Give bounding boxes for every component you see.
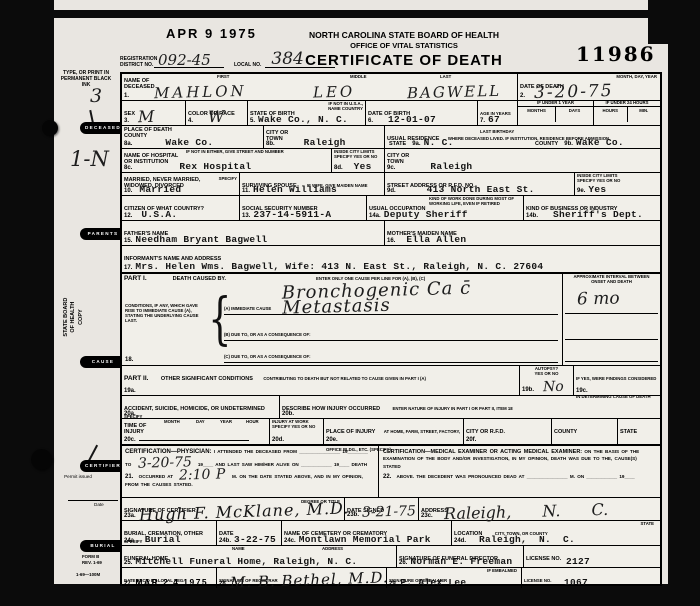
field-embalmer-license: LICENSE NO. 1067 bbox=[522, 568, 660, 588]
name-first-value: MAHLON bbox=[154, 85, 247, 100]
hospital-value: Rex Hospital bbox=[179, 162, 251, 172]
date-signed-value: 3-21-75 bbox=[362, 506, 416, 519]
field-burial-date: DATE 24b. 3-22-75 bbox=[217, 521, 282, 545]
row-vitals: SEX 3. M COLOR OR RACE 4. W STATE OF BIR… bbox=[122, 101, 660, 126]
district-no-value: 092-45 bbox=[154, 54, 224, 69]
age-value: 67 bbox=[488, 115, 500, 125]
residence-state-value: N. C. bbox=[424, 138, 454, 148]
race-value: W bbox=[208, 110, 225, 124]
row-certification: CERTIFICATION—PHYSICIAN: I ATTENDED THE … bbox=[122, 446, 660, 498]
cause-line-c: (c) DUE TO, OR AS A CONSEQUENCE OF: bbox=[224, 340, 558, 363]
funeral-home-value: Mitchell Funeral Home, Raleigh, N. C. bbox=[135, 557, 357, 567]
occurred-time-value: 2:10 P bbox=[179, 469, 226, 482]
cause-line-a: (a) IMMEDIATE CAUSE Bronchogenic Ca c̄ M… bbox=[224, 288, 558, 315]
received-date-stamp: APR 9 1975 bbox=[166, 26, 257, 41]
field-place-of-injury: PLACE OF INJURY AT HOME, FARM, STREET, F… bbox=[324, 419, 464, 444]
row-citizen: CITIZEN OF WHAT COUNTRY? 12. U.S.A. SOCI… bbox=[122, 196, 660, 221]
row-marital: MARRIED, NEVER MARRIED, WIDOWED, DIVORCE… bbox=[122, 173, 660, 196]
pen-mark-3: 3 bbox=[90, 88, 102, 105]
scan-corner-shadow bbox=[648, 0, 700, 44]
name-middle-value: LEO bbox=[313, 85, 356, 99]
death-city-value: Raleigh bbox=[304, 138, 346, 148]
form-number: FORM BREV. 1-69 bbox=[82, 554, 102, 565]
ssn-value: 237-14-5911-A bbox=[253, 210, 331, 220]
certifier-address-value: Raleigh, N. C. bbox=[444, 503, 609, 521]
certification-physician: CERTIFICATION—PHYSICIAN: I ATTENDED THE … bbox=[122, 446, 379, 497]
under-1yr-months: MONTHS bbox=[518, 107, 556, 122]
row-funeral-home: FUNERAL HOME NAME ADDRESS 25. Mitchell F… bbox=[122, 546, 660, 568]
row-parents: FATHER'S NAME 15. Needham Bryant Bagwell… bbox=[122, 221, 660, 246]
field-registrar-signature: SIGNATURE OF REGISTRAR 28. M. B. Bethel,… bbox=[217, 568, 387, 588]
field-injury-county: COUNTY bbox=[552, 419, 618, 444]
field-date-received: DATE REC'D BY LOCAL REG. 27. MAR 2 4 197… bbox=[122, 568, 217, 588]
field-time-of-injury: TIME OF INJURY MONTH DAY YEAR HOUR 20c. bbox=[122, 419, 270, 444]
marital-value: Married bbox=[139, 185, 181, 195]
field-certifier-signature: SIGNATURE OF CERTIFIER DEGREE OR TITLE 2… bbox=[122, 498, 345, 520]
registrar-signature-value: M. B. Bethel, M.D. bbox=[230, 571, 389, 589]
cause-a-value: Bronchogenic Ca c̄ Metastasis bbox=[282, 279, 559, 317]
field-how-injury: DESCRIBE HOW INJURY OCCURRED ENTER NATUR… bbox=[280, 396, 660, 418]
row-place-of-death: PLACE OF DEATH COUNTY 8a. Wake Co. CITY … bbox=[122, 126, 660, 149]
punch-hole bbox=[42, 120, 58, 136]
certification-medical-examiner: CERTIFICATION—MEDICAL EXAMINER OR ACTING… bbox=[379, 446, 660, 497]
row-registrar: DATE REC'D BY LOCAL REG. 27. MAR 2 4 197… bbox=[122, 568, 660, 588]
hospital-limits-value: Yes bbox=[354, 162, 372, 172]
row-informant: INFORMANT'S NAME AND ADDRESS 17. Mrs. He… bbox=[122, 246, 660, 274]
embalmer-license-value: 1067 bbox=[564, 578, 588, 588]
field-name-of-deceased: NAME OF DECEASED FIRST MIDDLE LAST 1. MA… bbox=[122, 74, 518, 100]
field-street-address: STREET ADDRESS OR R.F.D. No. 9d. 413 Nor… bbox=[385, 173, 575, 195]
certificate-form: NAME OF DECEASED FIRST MIDDLE LAST 1. MA… bbox=[120, 72, 662, 586]
field-cemetery: NAME OF CEMETERY OR CREMATORY 24c. Montl… bbox=[282, 521, 452, 545]
field-injury-city: CITY OR R.F.D. 20f. bbox=[464, 419, 552, 444]
field-burial: BURIAL, CREMATION, OTHER SPECIFY 24a. Bu… bbox=[122, 521, 217, 545]
field-date-signed: DATE SIGNED 23b. 3-21-75 bbox=[345, 498, 419, 520]
local-no-label: LOCAL NO. bbox=[234, 62, 261, 68]
death-county-value: Wake Co. bbox=[165, 138, 213, 148]
field-autopsy: AUTOPSY? YES OR NO 19b. No bbox=[520, 366, 574, 395]
field-ssn: SOCIAL SECURITY NUMBER 13. 237-14-5911-A bbox=[240, 196, 367, 220]
field-citizen: CITIZEN OF WHAT COUNTRY? 12. U.S.A. bbox=[122, 196, 240, 220]
copy-designation: STATE BOARDOF HEALTHCOPY bbox=[63, 271, 85, 363]
field-age: AGE IN YEARS LAST BIRTHDAY 7. 67 bbox=[478, 101, 518, 125]
field-findings: IF YES, WERE FINDINGS CONSIDERED IN DETE… bbox=[574, 366, 660, 395]
burial-date-value: 3-22-75 bbox=[234, 535, 276, 545]
informant-value: Mrs. Helen Wms. Bagwell, Wife: 413 N. Ea… bbox=[135, 262, 543, 272]
field-funeral-home: FUNERAL HOME NAME ADDRESS 25. Mitchell F… bbox=[122, 546, 397, 567]
field-occupation: USUAL OCCUPATION KIND OF WORK DONE DURIN… bbox=[367, 196, 524, 220]
field-cemetery-location: LOCATION CITY, TOWN, OR COUNTY STATE 24d… bbox=[452, 521, 660, 545]
field-race: COLOR OR RACE 4. W bbox=[186, 101, 248, 125]
embalmer-value: P. Alex Lee bbox=[400, 578, 466, 588]
autopsy-value: No bbox=[543, 382, 564, 394]
occupation-value: Deputy Sheriff bbox=[384, 210, 468, 220]
row-hospital: NAME OF HOSPITAL OR INSTITUTION IF NOT I… bbox=[122, 149, 660, 173]
street-address-value: 413 North East St. bbox=[427, 185, 535, 195]
cemetery-value: Montlawn Memorial Park bbox=[299, 535, 431, 545]
father-value: Needham Bryant Bagwell bbox=[135, 235, 267, 245]
row-certifier-signature: SIGNATURE OF CERTIFIER DEGREE OR TITLE 2… bbox=[122, 498, 660, 521]
row-name: NAME OF DECEASED FIRST MIDDLE LAST 1. MA… bbox=[122, 74, 660, 101]
row-part2: PART II. OTHER SIGNIFICANT CONDITIONS CO… bbox=[122, 366, 660, 396]
field-state-of-birth: STATE OF BIRTH IF NOT IN U.S.A., NAME CO… bbox=[248, 101, 366, 125]
field-usual-residence: USUAL RESIDENCE WHERE DECEASED LIVED. IF… bbox=[385, 126, 660, 148]
field-mother: MOTHER'S MAIDEN NAME 16. Ella Allen bbox=[385, 221, 660, 245]
field-injury-at-work: INJURY AT WORK SPECIFY YES OR NO 20d. bbox=[270, 419, 324, 444]
office-name: OFFICE OF VITAL STATISTICS bbox=[279, 41, 529, 50]
field-hospital-city-limits: INSIDE CITY LIMITS SPECIFY YES OR NO 8d.… bbox=[332, 149, 385, 172]
part1-main: PART I. DEATH CAUSED BY. ENTER ONLY ONE … bbox=[122, 274, 563, 365]
punch-hole bbox=[31, 449, 52, 470]
field-accident: ACCIDENT, SUICIDE, HOMICIDE, OR UNDETERM… bbox=[122, 396, 280, 418]
certificate-paper: APR 9 1975 REGISTRATIONDISTRICT NO. 092-… bbox=[54, 18, 668, 584]
date-of-death-value: 3-20-75 bbox=[534, 84, 614, 101]
interval-a-value: 6 mo bbox=[577, 291, 620, 307]
cause-line-b: (b) DUE TO, OR AS A CONSEQUENCE OF: bbox=[224, 314, 558, 341]
field-date-of-death: DATE OF DEATH MONTH, DAY, YEAR 2. 3-20-7… bbox=[518, 74, 660, 100]
board-name: NORTH CAROLINA STATE BOARD OF HEALTH bbox=[279, 30, 529, 41]
name-last-value: BAGWELL bbox=[407, 85, 501, 100]
industry-value: Sheriff's Dept. bbox=[553, 210, 643, 220]
date-of-birth-value: 12-01-07 bbox=[388, 115, 436, 125]
form-print-run: 1-69—100M bbox=[76, 572, 100, 577]
under-1yr-days: DAYS bbox=[556, 107, 593, 122]
certificate-number: 11986 bbox=[576, 42, 656, 66]
row-part1: PART I. DEATH CAUSED BY. ENTER ONLY ONE … bbox=[122, 274, 660, 366]
row-accident: ACCIDENT, SUICIDE, HOMICIDE, OR UNDETERM… bbox=[122, 396, 660, 419]
cemetery-location-value: Raleigh, N. C. bbox=[479, 535, 575, 545]
under-24h-hours: HOURS bbox=[594, 107, 628, 122]
funeral-director-value: Norman E. Freeman bbox=[410, 557, 512, 567]
field-death-county: PLACE OF DEATH COUNTY 8a. Wake Co. bbox=[122, 126, 264, 148]
field-date-of-birth: DATE OF BIRTH 6. 12-01-07 bbox=[366, 101, 478, 125]
director-license-value: 2127 bbox=[566, 557, 590, 567]
residence-limits-value: Yes bbox=[588, 185, 606, 195]
field-embalmer-signature: SIGNATURE OF EMBALMER IF EMBALMED 29. P.… bbox=[387, 568, 522, 588]
pen-stroke bbox=[88, 445, 98, 462]
permit-date-label: Date bbox=[94, 502, 104, 507]
field-injury-state: STATE bbox=[618, 419, 660, 444]
ink-instruction: TYPE, OR PRINT IN PERMANENT BLACK INK bbox=[56, 70, 116, 88]
burial-value: Burial bbox=[145, 535, 181, 545]
spouse-value: Helen Williams bbox=[253, 185, 337, 195]
district-no-label: REGISTRATIONDISTRICT NO. bbox=[120, 56, 154, 68]
field-death-city: CITY OR TOWN 8b. Raleigh bbox=[264, 126, 385, 148]
field-informant: INFORMANT'S NAME AND ADDRESS 17. Mrs. He… bbox=[122, 246, 660, 272]
mother-value: Ella Allen bbox=[406, 235, 466, 245]
pen-mark-1n: 1-N bbox=[70, 150, 109, 169]
field-industry: KIND OF BUSINESS OR INDUSTRY 14b. Sherif… bbox=[524, 196, 660, 220]
form-header: NORTH CAROLINA STATE BOARD OF HEALTH OFF… bbox=[279, 30, 529, 70]
field-residence-city: CITY OR TOWN 9c. Raleigh bbox=[385, 149, 660, 172]
permit-issued-label: Permit issued bbox=[56, 474, 100, 480]
field-part2: PART II. OTHER SIGNIFICANT CONDITIONS CO… bbox=[122, 366, 520, 395]
certifier-signature-value: Hugh F. McKlane, M.D. bbox=[139, 501, 350, 522]
citizen-value: U.S.A. bbox=[141, 210, 177, 220]
row-injury-details: TIME OF INJURY MONTH DAY YEAR HOUR 20c. … bbox=[122, 419, 660, 446]
field-hospital: NAME OF HOSPITAL OR INSTITUTION IF NOT I… bbox=[122, 149, 332, 172]
field-funeral-director: SIGNATURE OF FUNERAL DIRECTOR 26. Norman… bbox=[397, 546, 524, 567]
field-director-license: LICENSE NO. 2127 bbox=[524, 546, 660, 567]
field-certifier-address: ADDRESS 23c. Raleigh, N. C. bbox=[419, 498, 660, 520]
field-marital-status: MARRIED, NEVER MARRIED, WIDOWED, DIVORCE… bbox=[122, 173, 240, 195]
residence-city-value: Raleigh bbox=[430, 162, 472, 172]
part1-interval-col: APPROXIMATE INTERVAL BETWEEN ONSET AND D… bbox=[563, 274, 660, 365]
field-residence-city-limits: INSIDE CITY LIMITS SPECIFY YES OR NO 9e.… bbox=[575, 173, 660, 195]
sex-value: M bbox=[138, 110, 155, 124]
field-under-1-year: IF UNDER 1 YEAR MONTHS DAYS bbox=[518, 101, 594, 125]
field-surviving-spouse: SURVIVING SPOUSE IF WIFE, GIVE MAIDEN NA… bbox=[240, 173, 385, 195]
state-of-birth-value: Wake Co., N. C. bbox=[258, 115, 348, 125]
under-24h-min: MIN. bbox=[628, 107, 661, 122]
page-title: CERTIFICATE OF DEATH bbox=[279, 52, 529, 70]
permit-date-line bbox=[68, 500, 118, 501]
field-sex: SEX 3. M bbox=[122, 101, 186, 125]
received-date-stamp-value: MAR 2 4 1975 bbox=[135, 578, 208, 587]
conditions-note: CONDITIONS, IF ANY, WHICH GAVE RISE TO I… bbox=[125, 304, 203, 324]
field-under-24-hours: IF UNDER 24 HOURS HOURS MIN. bbox=[594, 101, 660, 125]
field-father: FATHER'S NAME 15. Needham Bryant Bagwell bbox=[122, 221, 385, 245]
row-burial: BURIAL, CREMATION, OTHER SPECIFY 24a. Bu… bbox=[122, 521, 660, 546]
scan-top-edge bbox=[54, 0, 654, 10]
residence-county-value: Wake Co. bbox=[576, 138, 624, 148]
